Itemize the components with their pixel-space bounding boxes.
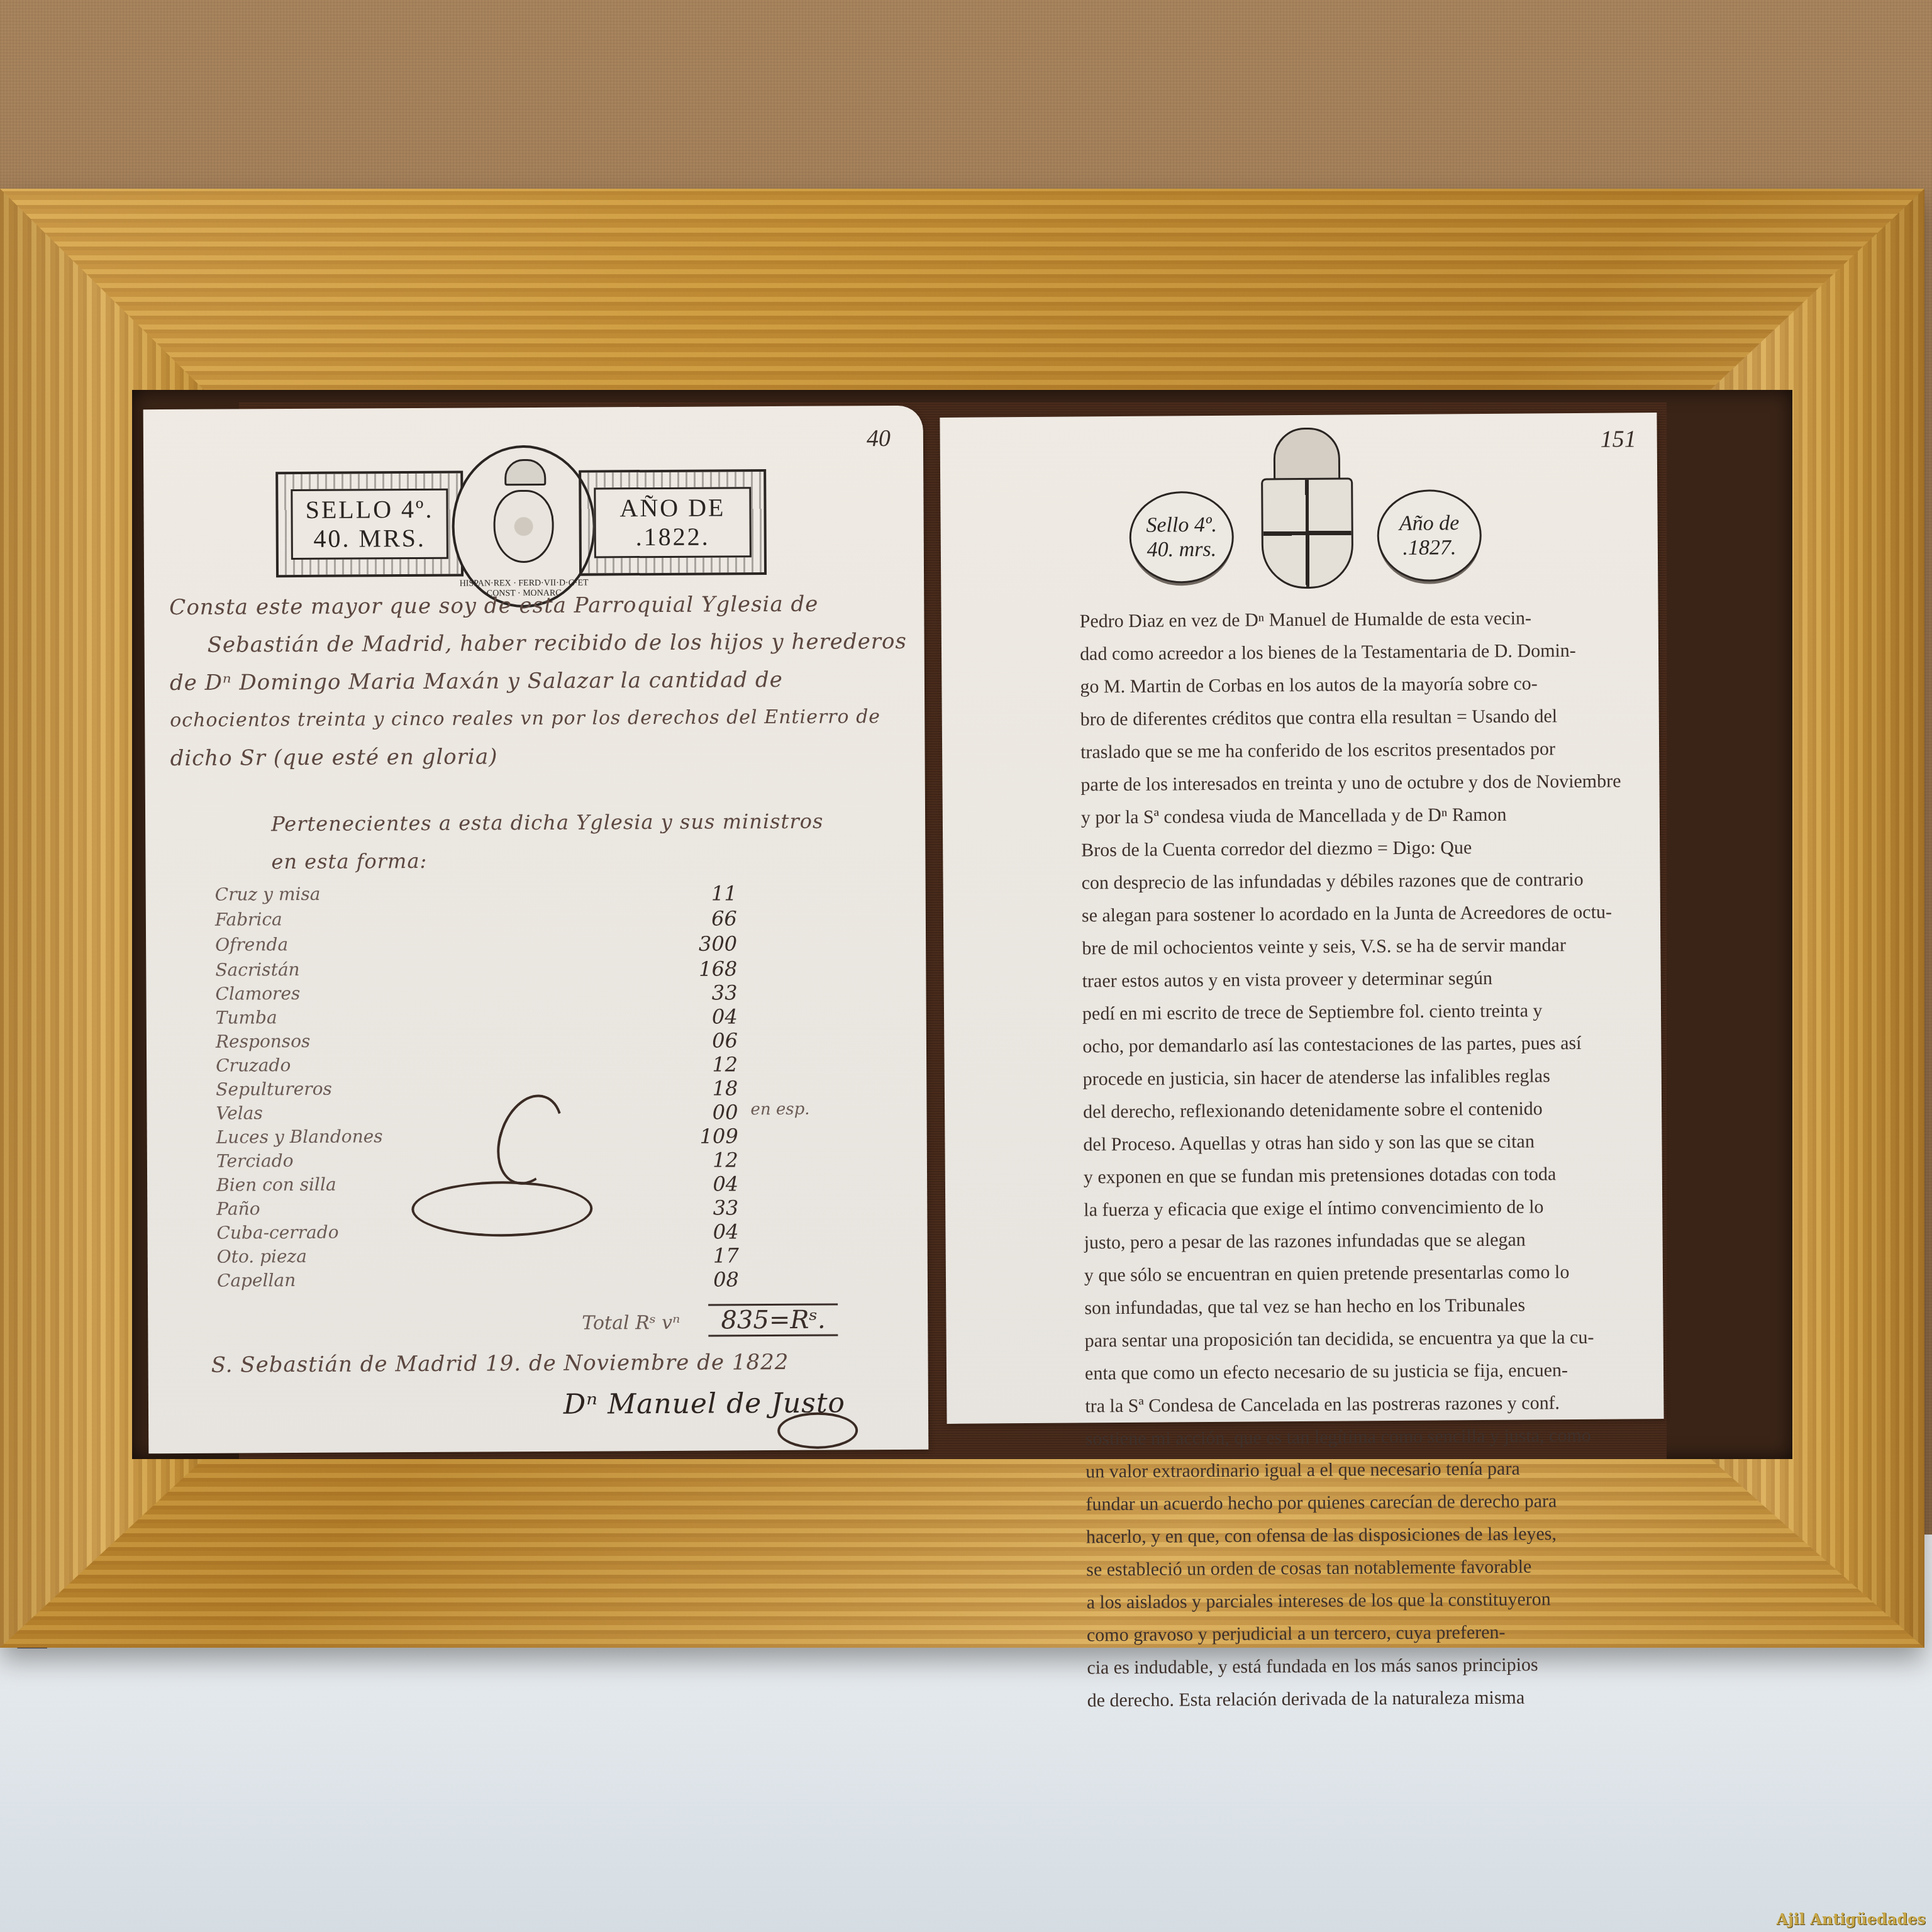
manuscript-line: a los aislados y parciales intereses de …: [1086, 1582, 1652, 1619]
seal-text: 40. MRS.: [313, 524, 426, 553]
seal-text: 40. mrs.: [1147, 537, 1217, 562]
stamped-paper-seal-1822: SELLO 4º. 40. MRS. HISPAN·REX · FERD·VII…: [275, 444, 767, 572]
folio-number: 151: [1601, 425, 1636, 453]
manuscript-body: Pedro Diaz en vez de Dⁿ Manuel de Humald…: [1080, 601, 1653, 1717]
watermark-logo: Ajil Antigüedades: [1776, 1910, 1926, 1928]
ledger-header: Pertenecientes a esta dicha Yglesia y su…: [271, 802, 824, 881]
manuscript-line: parte de los interesados en treinta y un…: [1080, 765, 1646, 801]
manuscript-line: de derecho. Esta relación derivada de la…: [1087, 1680, 1653, 1717]
coat-of-arms-icon: [1261, 477, 1353, 589]
ledger-header-line: en esta forma:: [271, 840, 824, 881]
crown-icon: [504, 459, 546, 486]
ledger-total: Total Rˢ vⁿ 835=Rˢ.: [582, 1305, 838, 1335]
seal-text: .1827.: [1402, 535, 1456, 560]
seal-denomination-circle: Sello 4º. 40. mrs.: [1129, 491, 1234, 584]
royal-arms-oval: HISPAN·REX · FERD·VII·D·G·ET CONST · MON…: [452, 445, 596, 608]
intro-line: dicho Sr (que esté en gloria): [170, 736, 908, 777]
seal-text: SELLO 4º.: [305, 495, 433, 525]
manuscript-line: bro de diferentes créditos que contra el…: [1080, 699, 1646, 736]
signature-flourish: [777, 1412, 858, 1449]
intro-line: de Dⁿ Domingo Maria Maxán y Salazar la c…: [170, 660, 908, 702]
manuscript-line: traer estos autos y en vista proveer y d…: [1082, 961, 1648, 997]
manuscript-line: sostiene mi acción, que es tan legítima …: [1085, 1419, 1652, 1455]
total-label: Total Rˢ vⁿ: [582, 1312, 680, 1335]
manuscript-line: cia es indudable, y está fundada en los …: [1087, 1648, 1653, 1684]
manuscript-line: con desprecio de las infundadas y débile…: [1081, 863, 1647, 899]
seal-text: .1822.: [636, 523, 710, 552]
ledger-row: Fabrica66: [215, 906, 844, 934]
folio-number: 40: [867, 425, 891, 452]
ledger-row: Capellan08: [217, 1267, 846, 1295]
ledger-row: Cruz y misa11: [215, 880, 844, 909]
manuscript-line: Bros de la Cuenta corredor del diezmo = …: [1081, 830, 1647, 867]
manuscript-line: y exponen en que se fundan mis pretensio…: [1084, 1157, 1650, 1194]
ledger-header-line: Pertenecientes a esta dicha Yglesia y su…: [271, 802, 824, 843]
manuscript-line: bre de mil ochocientos veinte y seis, V.…: [1082, 928, 1648, 965]
seal-text: Año de: [1399, 511, 1460, 536]
seal-text: AÑO DE: [619, 493, 725, 523]
manuscript-line: dad como acreedor a los bienes de la Tes…: [1080, 634, 1646, 670]
manuscript-line: traslado que se me ha conferido de los e…: [1080, 732, 1646, 769]
seal-year-circle: Año de .1827.: [1377, 489, 1482, 582]
place-and-date: S. Sebastián de Madrid 19. de Noviembre …: [211, 1350, 789, 1378]
left-document-page: 40 SELLO 4º. 40. MRS. HISPAN·REX · FERD·…: [143, 406, 929, 1453]
right-document-page: 151 Sello 4º. 40. mrs. Año de .1827. Ped…: [940, 413, 1663, 1424]
manuscript-line: del Proceso. Aquellas y otras han sido y…: [1083, 1124, 1649, 1161]
manuscript-line: se alegan para sostener lo acordado en l…: [1082, 896, 1648, 932]
intro-line: Sebastián de Madrid, haber recibido de l…: [169, 623, 907, 664]
manuscript-line: como gravoso y perjudicial a un tercero,…: [1087, 1615, 1653, 1652]
coat-of-arms-icon: [493, 490, 554, 563]
intro-line: Consta este mayor que soy de esta Parroq…: [169, 585, 907, 626]
manuscript-line: para sentar una proposición tan decidida…: [1085, 1321, 1651, 1357]
seal-denomination-box: SELLO 4º. 40. MRS.: [275, 471, 464, 578]
manuscript-line: enta que como un efecto necesario de su …: [1085, 1353, 1651, 1390]
stamped-paper-seal-1827: Sello 4º. 40. mrs. Año de .1827.: [1129, 426, 1482, 592]
manuscript-line: fundar un acuerdo hecho por quienes care…: [1085, 1484, 1652, 1521]
seal-text: Sello 4º.: [1146, 513, 1217, 538]
manuscript-line: del derecho, reflexionando detenidamente…: [1083, 1092, 1649, 1128]
manuscript-line: hacerlo, y en que, con ofensa de las dis…: [1086, 1517, 1652, 1553]
manuscript-line: Pedro Diaz en vez de Dⁿ Manuel de Humald…: [1080, 601, 1646, 638]
ledger-row: Ofrenda300: [215, 931, 844, 959]
manuscript-line: pedí en mi escrito de trece de Septiembr…: [1082, 994, 1648, 1030]
manuscript-line: un valor extraordinario igual a el que n…: [1085, 1452, 1652, 1488]
manuscript-line: tra la Sª Condesa de Cancelada en las po…: [1085, 1386, 1651, 1423]
manuscript-line: la fuerza y eficacia que exige el íntimo…: [1084, 1190, 1650, 1226]
manuscript-line: procede en justicia, sin hacer de atende…: [1083, 1059, 1649, 1096]
manuscript-line: justo, pero a pesar de las razones infun…: [1084, 1223, 1650, 1259]
manuscript-line: ocho, por demandarlo así las contestacio…: [1082, 1026, 1648, 1063]
manuscript-line: go M. Martin de Corbas en los autos de l…: [1080, 667, 1646, 703]
intro-paragraph: Consta este mayor que soy de esta Parroq…: [169, 585, 908, 777]
total-value: 835=Rˢ.: [708, 1303, 838, 1336]
intro-line: ochocientos treinta y cinco reales vn po…: [170, 698, 908, 740]
crown-icon: [1274, 428, 1341, 482]
manuscript-line: se estableció un orden de cosas tan nota…: [1086, 1550, 1652, 1586]
manuscript-line: y que sólo se encuentran en quien preten…: [1084, 1255, 1650, 1292]
manuscript-line: son infundadas, que tal vez se han hecho…: [1084, 1288, 1650, 1324]
manuscript-line: y por la Sª condesa viuda de Mancellada …: [1081, 797, 1647, 834]
seal-year-box: AÑO DE .1822.: [579, 469, 767, 576]
